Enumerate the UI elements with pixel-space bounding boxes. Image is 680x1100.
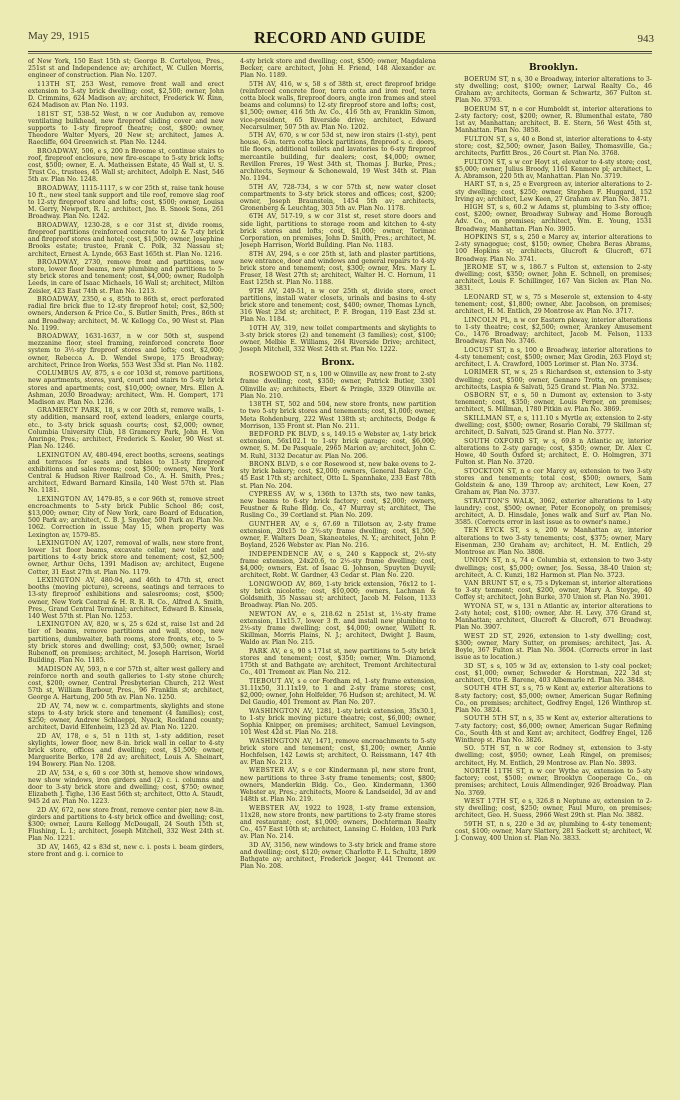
permit-entry: FULTON ST, s w cor Hoyt st, elevator to … — [455, 159, 652, 180]
entry-street: BOERUM ST, — [464, 106, 510, 113]
permit-entry: HIGH ST, s s, 60.2 w Adams st, plumbing … — [455, 204, 652, 233]
permit-entry: LINCOLN PL, n w cor Eastern pkway, inter… — [455, 317, 652, 346]
permit-entry: ROSEWOOD ST, n s, 100 w Olinville av, ne… — [240, 371, 436, 400]
entry-street: TEN EYCK ST, — [464, 527, 520, 534]
permit-entry: LONGWOOD AV, 869, 1-sty brick extension,… — [240, 581, 436, 610]
permit-entry: WYONA ST, w s, 131 n Atlantic av, interi… — [455, 603, 652, 632]
page-header: May 29, 1915 RECORD AND GUIDE 943 — [22, 20, 658, 48]
entry-details: 670, s w cor 53d st, new iron stairs (1-… — [240, 132, 436, 182]
entry-street: LEXINGTON AV, — [37, 452, 93, 459]
entry-street: LOCUST ST, — [464, 347, 507, 354]
entry-street: SO. 5TH ST, — [464, 745, 511, 752]
entry-street: WASHINGTON AV, — [249, 708, 314, 715]
permit-entry: MADISON AV, 593, n e cor 57th st, alter … — [28, 666, 224, 702]
permit-entry: BRONX BLVD, s e cor Rosewood st, new bak… — [240, 461, 436, 490]
entry-street: 2D AV, — [37, 807, 59, 814]
column-brooklyn: Brooklyn.BOERUM ST, n s, 30 e Broadway, … — [455, 58, 652, 844]
entry-street: STOCKTON ST, — [464, 468, 518, 475]
permit-entry: 5TH AV, 416, w s, 58 s of 38th st, erect… — [240, 81, 436, 131]
permit-entry: WEBSTER AV, 1922 to 1928, 1-sty frame ex… — [240, 805, 436, 841]
publication-title: RECORD AND GUIDE — [22, 28, 658, 48]
entry-street: 2D AV, — [37, 770, 60, 777]
permit-entry: WASHINGTON AV, 1281, 1-sty brick extensi… — [240, 708, 436, 737]
permit-entry: 3D AV, 3156, new windows to 3-sty brick … — [240, 842, 436, 871]
entry-street: HART ST, — [464, 181, 497, 188]
entry-details: 416, w s, 58 s of 38th st, erect firepro… — [240, 81, 436, 131]
entry-street: 138TH ST, — [249, 401, 286, 408]
permit-entry: BROADWAY, 506, e s, 200 n Broome st, con… — [28, 148, 224, 184]
entry-street: 8TH AV, — [249, 251, 277, 258]
entry-street: 9TH AV, — [249, 288, 279, 295]
entry-street: SOUTH OXFORD ST, — [464, 438, 539, 445]
permit-entry: BROADWAY, 2730, remove front and partiti… — [28, 259, 224, 295]
entry-street: 2D AV, — [37, 733, 62, 740]
permit-entry: WASHINGTON AV, 1471, remove encroachment… — [240, 738, 436, 767]
permit-entry: 2D AV, 74, new w. c. compartments, skyli… — [28, 703, 224, 732]
entry-street: GRAMERCY PARK, — [37, 407, 102, 414]
permit-entry: 8TH AV, 294, s e cor 25th st, lath and p… — [240, 251, 436, 287]
permit-entry: OSBORN ST, e s, 50 n Dumont av, extensio… — [455, 392, 652, 413]
entry-street: BOERUM ST, — [464, 76, 509, 83]
entry-street: BEDFORD PK BLVD, — [249, 431, 319, 438]
entry-street: LINCOLN PL, — [464, 317, 512, 324]
entry-street: LEXINGTON AV, — [37, 540, 94, 547]
entry-street: SOUTH 5TH ST, — [464, 715, 520, 722]
permit-entry: COLUMBUS AV, 875, s e cor 103d st, remov… — [28, 370, 224, 406]
entry-details: 18, s w cor 20th st, remove walls, 1-sty… — [28, 407, 224, 450]
entry-street: TIEBOUT AV, — [249, 678, 295, 685]
entry-street: BROADWAY, — [37, 148, 79, 155]
permit-entry: 4-sty brick store and dwelling; cost, $5… — [240, 58, 436, 79]
entry-street: NEWTON AV, — [249, 611, 298, 618]
permit-entry: 5TH AV, 728-734, s w cor 57th st, new wa… — [240, 184, 436, 213]
entry-street: WEST 17TH ST, — [464, 798, 520, 805]
permit-entry: GRAMERCY PARK, 18, s w cor 20th st, remo… — [28, 407, 224, 450]
entry-street: WEST 2D ST, — [464, 633, 513, 640]
entry-details: 1479-85, s e cor 96th st, remove street … — [28, 496, 224, 539]
newspaper-page: May 29, 1915 RECORD AND GUIDE 943 of New… — [0, 0, 680, 1100]
entry-street: 5TH AV, — [249, 184, 279, 191]
permit-entry: LEXINGTON AV, 480-94, and 46th to 47th s… — [28, 577, 224, 620]
entry-street: SKILLMAN ST, — [464, 415, 516, 422]
permit-entry: WEBSTER AV, s e cor Kindermann pl, new s… — [240, 767, 436, 803]
entry-street: LONGWOOD AV, — [249, 581, 306, 588]
permit-entry: NEWTON AV, e s, 218.62 n 251st st, 1½-st… — [240, 611, 436, 647]
permit-entry: BROADWAY, 1631-1637, n w cor 50th st, su… — [28, 333, 224, 369]
permit-entry: 113TH ST, 253 West, remove front wall an… — [28, 81, 224, 110]
entry-street: LEXINGTON AV, — [37, 621, 94, 628]
entry-street: 2D AV, — [37, 703, 60, 710]
entry-street: BROADWAY, — [37, 296, 79, 303]
permit-entry: BROADWAY, 1115-1117, s w cor 25th st, ra… — [28, 185, 224, 221]
permit-entry: BEDFORD PK BLVD, s s, 149.15 e Webster a… — [240, 431, 436, 460]
column-manhattan-bronx: 4-sty brick store and dwelling; cost, $5… — [240, 58, 436, 872]
permit-entry: 2D AV, 178, e s, 51 n 11th st, 1-sty add… — [28, 733, 224, 769]
entry-street: COLUMBUS AV, — [37, 370, 92, 377]
permit-entry: JEROME ST, w s, 186.7 s Fulton st, exten… — [455, 264, 652, 293]
permit-entry: 2D AV, 534, e s, 60 s cor 30th st, hemov… — [28, 770, 224, 806]
permit-entry: 6TH AV, 517-19, s w cor 31st st, reset s… — [240, 213, 436, 249]
entry-street: 3D AV, — [37, 844, 60, 851]
permit-entry: WEST 17TH ST, e s, 326.8 n Neptune av, e… — [455, 798, 652, 819]
permit-entry: 2D AV, 672, new store front, remove cent… — [28, 807, 224, 843]
permit-entry: FULTON ST, s s, 40 e Bond st, interior a… — [455, 136, 652, 157]
permit-entry: TIEBOUT AV, s e cor Fordham rd, 1-sty fr… — [240, 678, 436, 707]
entry-street: WASHINGTON AV, — [249, 738, 313, 745]
permit-entry: 9TH AV, 249-51, n w cor 25th st, divide … — [240, 288, 436, 324]
entry-street: MADISON AV, — [37, 666, 85, 673]
permit-entry: LORIMER ST, w s, 25 s Richardson st, ext… — [455, 369, 652, 390]
entry-street: 10TH AV, — [249, 325, 281, 332]
permit-entry: HART ST, n s, 25 e Evergreen av, interio… — [455, 181, 652, 202]
entry-details: 480-94, and 46th to 47th st, erect booth… — [28, 577, 224, 620]
permit-entry: STOCKTON ST, n e cor Marcy av, extension… — [455, 468, 652, 497]
header-rule — [28, 51, 652, 54]
entry-street: CYPRESS AV, — [249, 491, 296, 498]
entry-street: 181ST ST, — [37, 111, 74, 118]
entry-street: 6TH AV, — [249, 213, 278, 220]
permit-entry: UNION ST, n s, 74 e Columbia st, extensi… — [455, 557, 652, 578]
permit-entry: BOERUM ST, n e cor Humboldt st, interior… — [455, 106, 652, 135]
entry-street: BROADWAY, — [37, 185, 79, 192]
permit-entry: 181ST ST, 538-52 West, n w cor Audubon a… — [28, 111, 224, 147]
page-number: 943 — [638, 33, 655, 45]
entry-details: 4-sty brick store and dwelling; cost, $5… — [240, 58, 436, 79]
entry-street: LEONARD ST, — [464, 294, 513, 301]
section-heading: Bronx. — [240, 357, 436, 369]
entry-street: WEBSTER AV, — [249, 805, 300, 812]
entry-street: HOPKINS ST, — [464, 234, 511, 241]
entry-street: 5TH AV, — [249, 81, 277, 88]
entry-street: FULTON ST, — [464, 136, 507, 143]
entry-street: LORIMER ST, — [464, 369, 512, 376]
section-heading: Brooklyn. — [455, 62, 652, 74]
permit-entry: BROADWAY, 2350, e s, 85th to 86th st, er… — [28, 296, 224, 332]
entry-street: WEBSTER AV, — [249, 767, 299, 774]
entry-street: BRONX BLVD, — [249, 461, 298, 468]
permit-entry: BOERUM ST, n s, 30 e Broadway, interior … — [455, 76, 652, 105]
permit-entry: 59TH ST, n s, 220 e 3d av, plumbing to 4… — [455, 821, 652, 842]
entry-street: FULTON ST, — [464, 159, 507, 166]
entry-details: 820, w s, 25 s 62d st, raise 1st and 2d … — [28, 621, 224, 664]
entry-street: JEROME ST, — [464, 264, 508, 271]
permit-entry: LEXINGTON AV, 1479-85, s e cor 96th st, … — [28, 496, 224, 539]
permit-entry: 138TH ST, 502 and 504, new store fronts,… — [240, 401, 436, 430]
permit-entry: VAN BRUNT ST, e s, 75 s Dykeman st, inte… — [455, 580, 652, 601]
entry-street: STRATTON'S WALK, — [464, 498, 536, 505]
entry-street: GUNTHER AV, — [249, 521, 301, 528]
permit-entry: NORTH 11TH ST, n w cor Wythe av, extensi… — [455, 768, 652, 797]
entry-street: NORTH 11TH ST, — [464, 768, 526, 775]
permit-entry: PARK AV, e s, 90 s 171st st, new partiti… — [240, 648, 436, 677]
entry-street: PARK AV, — [249, 648, 281, 655]
permit-entry: LEONARD ST, w s, 75 s Meserole st, exten… — [455, 294, 652, 315]
entry-street: BROADWAY, — [37, 333, 79, 340]
entry-street: WYONA ST, — [464, 603, 504, 610]
entry-street: VAN BRUNT ST, — [464, 580, 520, 587]
entry-street: 59TH ST, — [464, 821, 497, 828]
permit-entry: 5TH AV, 670, s w cor 53d st, new iron st… — [240, 132, 436, 182]
permit-entry: SOUTH 4TH ST, s s, 75 w Kent av, exterio… — [455, 685, 652, 714]
permit-entry: STRATTON'S WALK, 3062, exterior alterati… — [455, 498, 652, 527]
permit-entry: WEST 2D ST, 2926, extension to 1-sty dwe… — [455, 633, 652, 662]
entry-street: BROADWAY, — [37, 222, 79, 229]
entry-street: HIGH ST, — [464, 204, 497, 211]
permit-entry: SO. 5TH ST, n w cor Rodney st, extension… — [455, 745, 652, 766]
column-manhattan-continued: of New York, 150 East 15th st; George B.… — [28, 58, 224, 859]
entry-details: 480-494, erect booths, screens, seatings… — [28, 452, 224, 495]
permit-entry: SOUTH OXFORD ST, w s, 69.8 n Atlantic av… — [455, 438, 652, 467]
entry-details: of New York, 150 East 15th st; George B.… — [28, 58, 224, 79]
permit-entry: SOUTH 5TH ST, n s, 35 w Kent av, exterio… — [455, 715, 652, 744]
permit-entry: INDEPENDENCE AV, e s, 240 s Kappock st, … — [240, 551, 436, 580]
permit-entry: CYPRESS AV, w s, 136th to 137th sts, two… — [240, 491, 436, 520]
permit-entry: 3D AV, 1465, 42 s 83d st, new c. i. post… — [28, 844, 224, 858]
permit-entry: 10TH AV, 319, new toilet compartments an… — [240, 325, 436, 354]
entry-street: UNION ST, — [464, 557, 503, 564]
permit-entry: 3D ST, s s, 105 w 3d av, extension to 1-… — [455, 663, 652, 684]
entry-street: 3D AV, — [249, 842, 272, 849]
entry-street: LEXINGTON AV, — [37, 496, 94, 503]
entry-street: OSBORN ST, — [464, 392, 510, 399]
entry-street: BROADWAY, — [37, 259, 79, 266]
entry-street: 113TH ST, — [37, 81, 76, 88]
permit-entry: SKILLMAN ST, e s, 111.10 s Myrtle av, ex… — [455, 415, 652, 436]
entry-street: INDEPENDENCE AV, — [249, 551, 324, 558]
permit-entry: LEXINGTON AV, 1207, removal of walls, ne… — [28, 540, 224, 576]
entry-street: 5TH AV, — [249, 132, 277, 139]
permit-entry: LEXINGTON AV, 820, w s, 25 s 62d st, rai… — [28, 621, 224, 664]
permit-entry: GUNTHER AV, e s, 67.69 n Tillotson av, 2… — [240, 521, 436, 550]
entry-street: ROSEWOOD ST, — [249, 371, 304, 378]
permit-entry: LOCUST ST, n s, 100 e Broadway, interior… — [455, 347, 652, 368]
entry-street: LEXINGTON AV, — [37, 577, 96, 584]
permit-entry: of New York, 150 East 15th st; George B.… — [28, 58, 224, 79]
entry-street: SOUTH 4TH ST, — [464, 685, 520, 692]
permit-entry: BROADWAY, 1230-28, s e cor 31st st, divi… — [28, 222, 224, 258]
entry-street: 3D ST, — [464, 663, 487, 670]
permit-entry: TEN EYCK ST, s s, 200 w Manhattan av, in… — [455, 527, 652, 556]
permit-entry: LEXINGTON AV, 480-494, erect booths, scr… — [28, 452, 224, 495]
permit-entry: HOPKINS ST, s s, 250 e Marcy av, interio… — [455, 234, 652, 263]
